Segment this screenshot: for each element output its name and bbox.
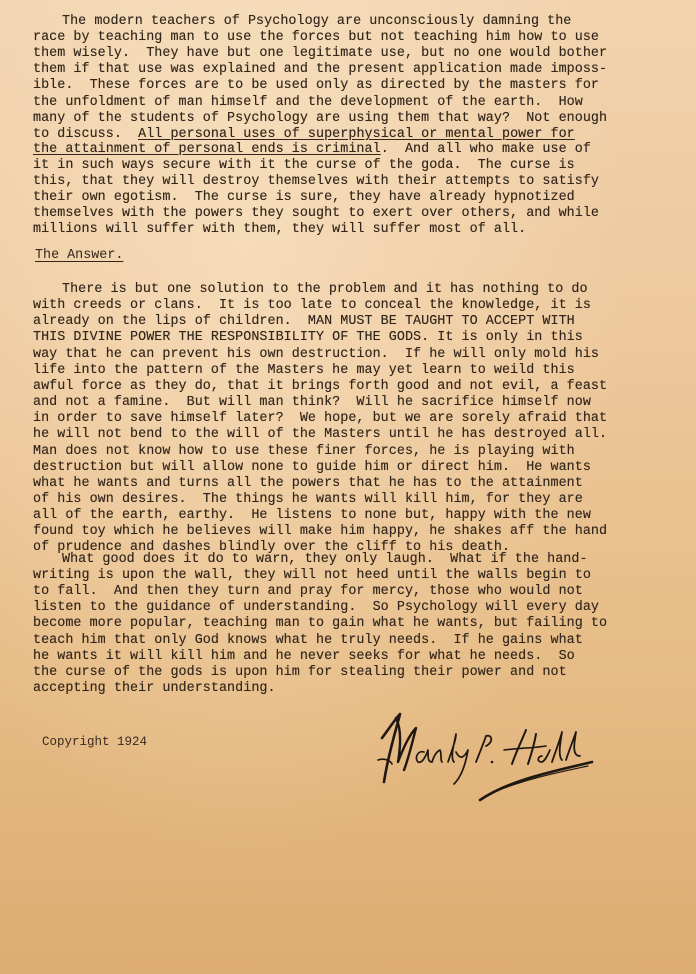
text-line: become more popular, teaching man to gai… <box>33 616 607 631</box>
text-line: teach him that only God knows what he tr… <box>33 633 583 648</box>
paragraph-1-line-9: the attainment of personal ends is crimi… <box>33 142 591 157</box>
text-line: There is but one solution to the problem… <box>62 282 588 297</box>
text-line: and not a famine. But will man think? Wi… <box>33 395 591 410</box>
text-line: life into the pattern of the Masters he … <box>33 363 575 378</box>
text-line: writing is upon the wall, they will not … <box>33 568 591 583</box>
copyright-notice: Copyright 1924 <box>42 735 147 749</box>
underlined-text: All personal uses of superphysical or me… <box>138 127 575 142</box>
paragraph-1-line-8: to discuss. All personal uses of superph… <box>33 127 575 142</box>
text-line: he wants it will kill him and he never s… <box>33 649 575 664</box>
text-line: it in such ways secure with it the curse… <box>33 158 575 173</box>
text-line: all of the earth, earthy. He listens to … <box>33 508 591 523</box>
text-line: their own egotism. The curse is sure, th… <box>33 190 575 205</box>
text-line: Man does not know how to use these finer… <box>33 444 575 459</box>
text-line: THIS DIVINE POWER THE RESPONSIBILITY OF … <box>33 330 583 345</box>
text-line: them if that use was explained and the p… <box>33 62 607 77</box>
text-line: found toy which he believes will make hi… <box>33 524 607 539</box>
text-line: destruction but will allow none to guide… <box>33 460 591 475</box>
typewritten-page: The modern teachers of Psychology are un… <box>0 0 696 974</box>
text-line: way that he can prevent his own destruct… <box>33 347 599 362</box>
text-line: already on the lips of children. MAN MUS… <box>33 314 575 329</box>
text-line: them wisely. They have but one legitimat… <box>33 46 607 61</box>
text-line: to fall. And then they turn and pray for… <box>33 584 583 599</box>
text-line: race by teaching man to use the forces b… <box>33 30 599 45</box>
text-line: what he wants and turns all the powers t… <box>33 476 583 491</box>
underlined-text: the attainment of personal ends is crimi… <box>33 142 381 157</box>
section-heading: The Answer. <box>35 248 123 263</box>
text-span: . And all who make use of <box>381 142 591 157</box>
signature-icon: Manly P. Hall <box>370 700 610 810</box>
text-line: themselves with the powers they sought t… <box>33 206 599 221</box>
text-line: in order to save himself later? We hope,… <box>33 411 607 426</box>
text-line: of his own desires. The things he wants … <box>33 492 583 507</box>
text-line: ible. These forces are to be used only a… <box>33 78 599 93</box>
text-line: many of the students of Psychology are u… <box>33 111 607 126</box>
text-line: he will not bend to the will of the Mast… <box>33 427 607 442</box>
text-line: the curse of the gods is upon him for st… <box>33 665 567 680</box>
text-line: awful force as they do, that it brings f… <box>33 379 607 394</box>
text-line: the unfoldment of man himself and the de… <box>33 95 583 110</box>
text-line: with creeds or clans. It is too late to … <box>33 298 591 313</box>
text-line: The modern teachers of Psychology are un… <box>62 14 571 29</box>
text-line: accepting their understanding. <box>33 681 276 696</box>
text-line: listen to the guidance of understanding.… <box>33 600 599 615</box>
text-span: to discuss. <box>33 127 138 142</box>
text-line: millions will suffer with them, they wil… <box>33 222 526 237</box>
text-line: this, that they will destroy themselves … <box>33 174 599 189</box>
text-line: What good does it do to warn, they only … <box>62 552 588 567</box>
